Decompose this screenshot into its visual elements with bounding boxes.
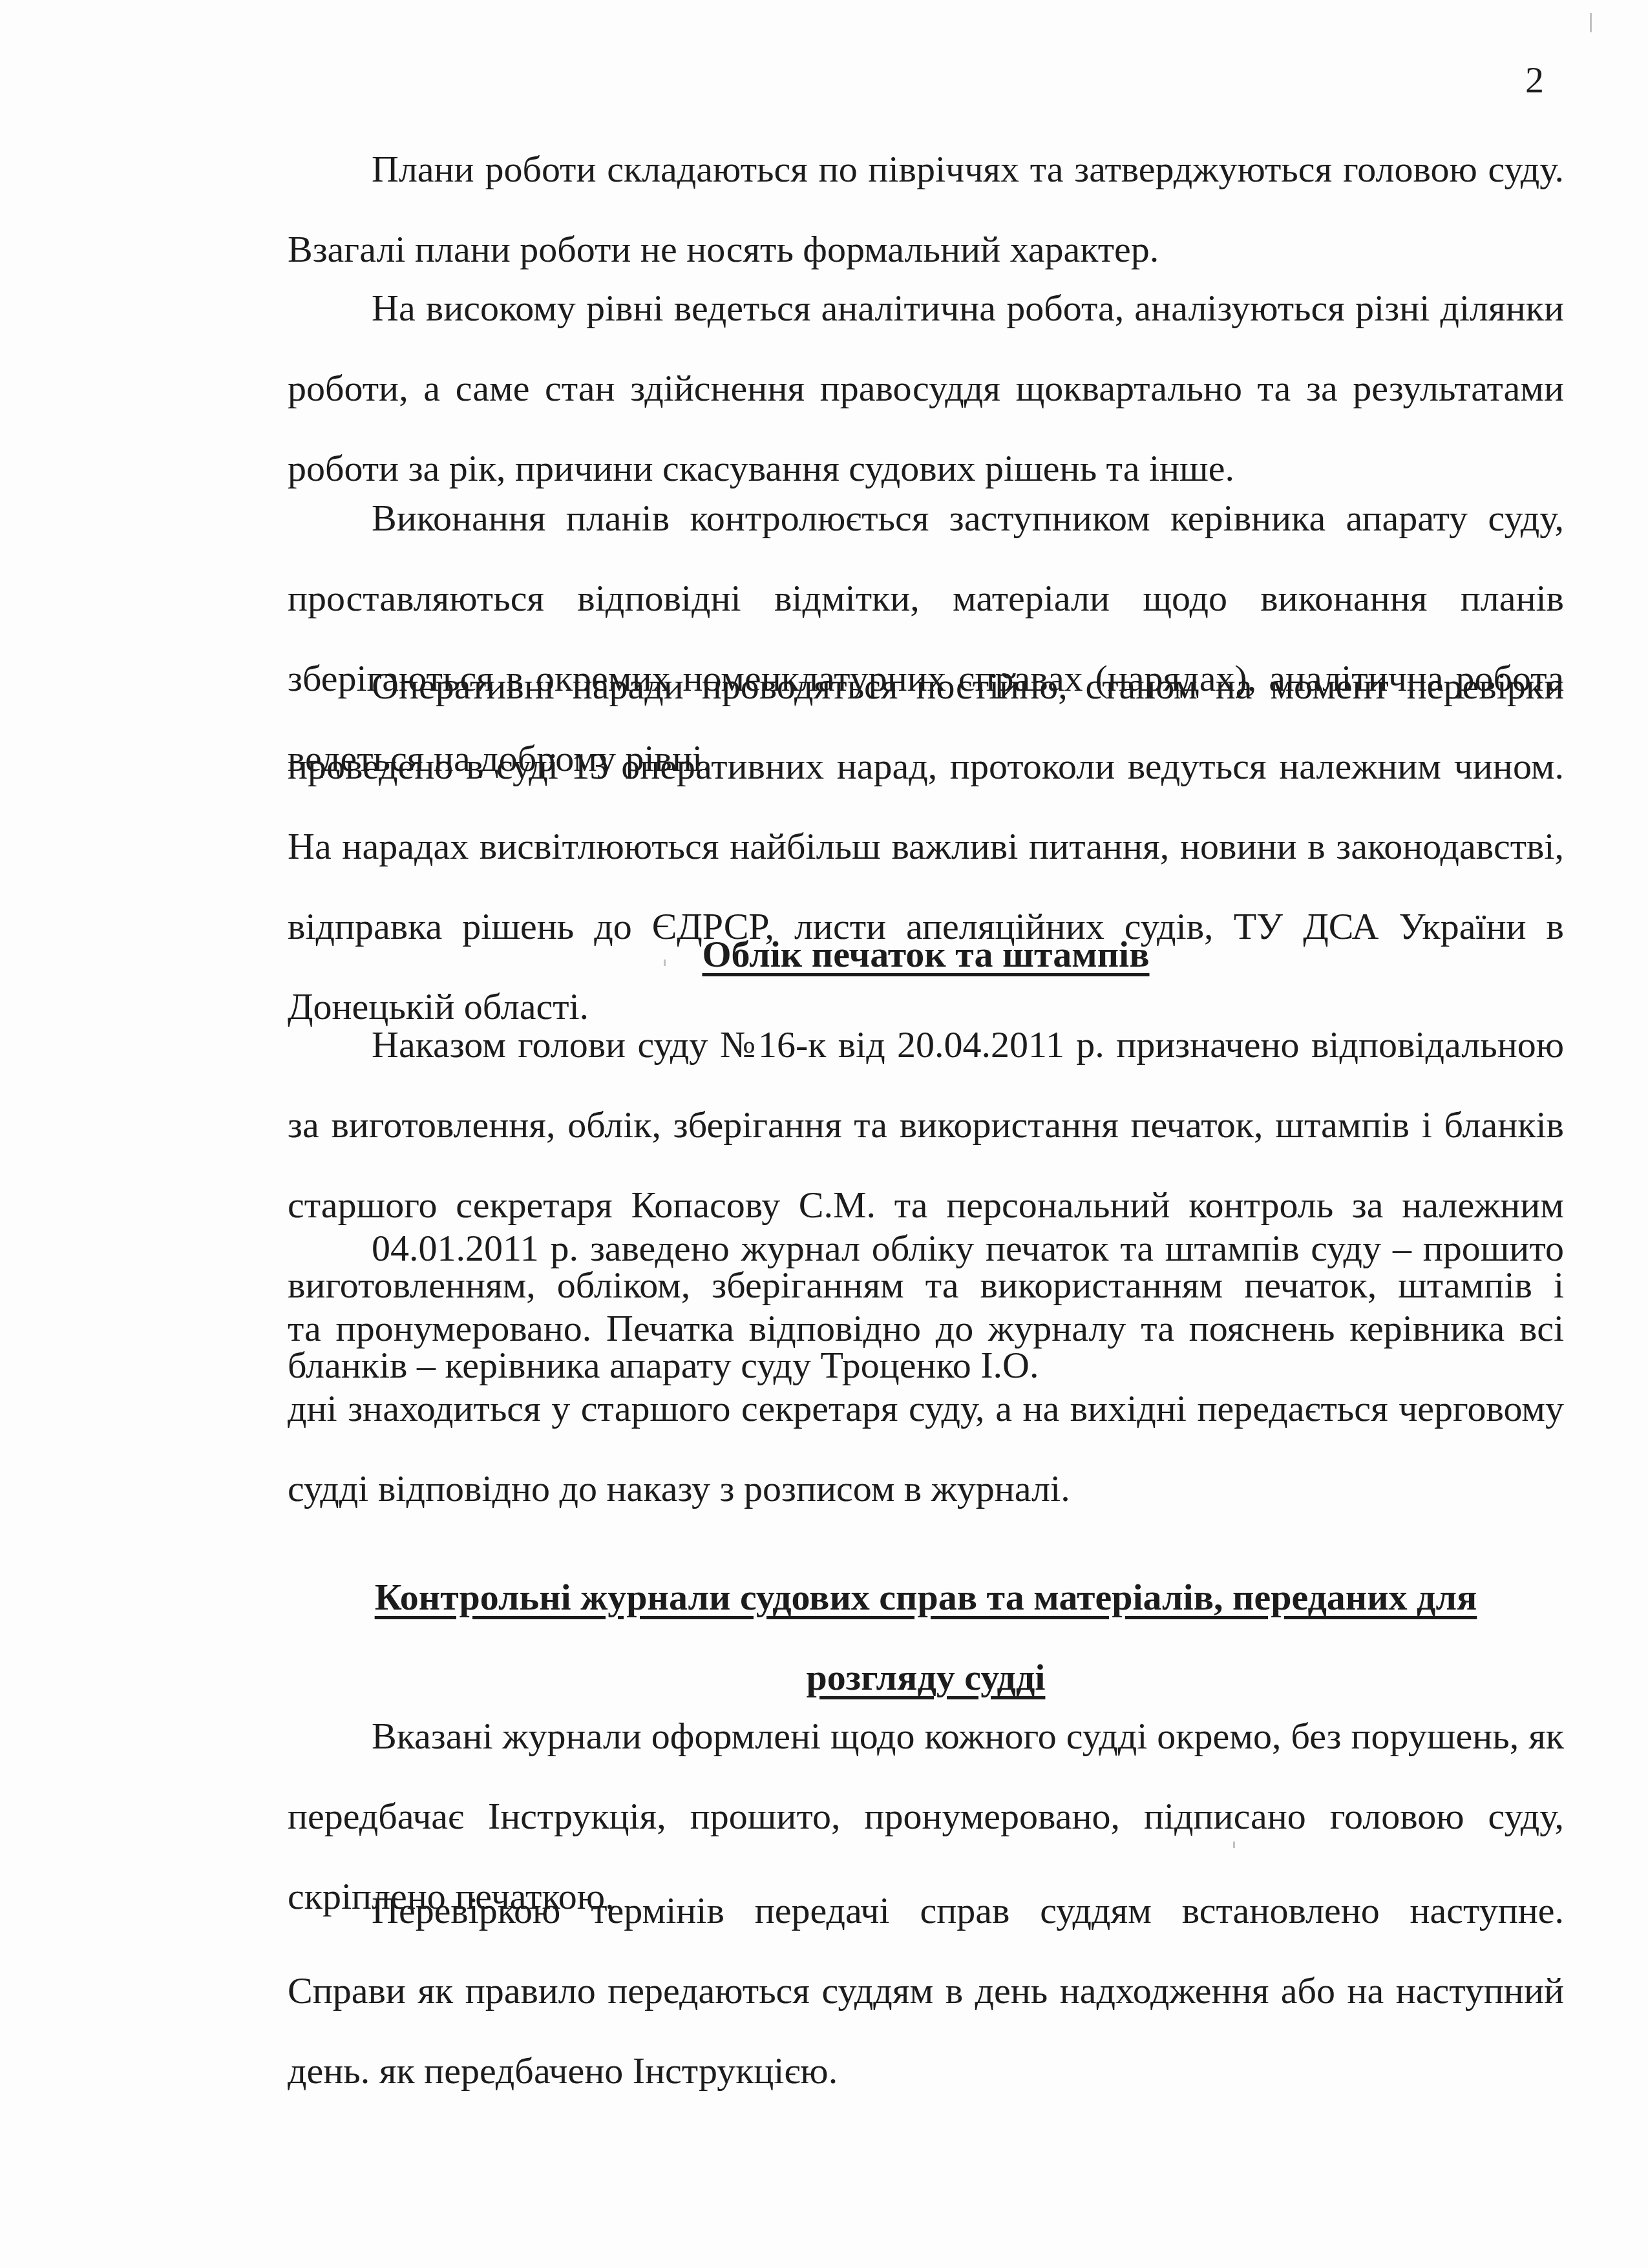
section-heading-seals: Облік печаток та штампів — [288, 914, 1564, 994]
section-heading-journals: Контрольні журнали судових справ та мате… — [288, 1557, 1564, 1717]
heading-text-line1: Контрольні журнали судових справ та мате… — [375, 1576, 1477, 1618]
paragraph-transfer-terms: Перевіркою термінів передачі справ суддя… — [288, 1871, 1564, 2111]
paragraph-text: Перевіркою термінів передачі справ суддя… — [288, 1871, 1564, 2111]
paragraph-plans: Плани роботи складаються по півріччях та… — [288, 129, 1564, 289]
paragraph-journal: 04.01.2011 р. заведено журнал обліку печ… — [288, 1208, 1564, 1529]
scan-speck — [1590, 13, 1592, 32]
paragraph-text: Плани роботи складаються по півріччях та… — [288, 129, 1564, 289]
paragraph-text: 04.01.2011 р. заведено журнал обліку печ… — [288, 1208, 1564, 1529]
paragraph-analytics: На високому рівні ведеться аналітична ро… — [288, 268, 1564, 509]
page-number: 2 — [1525, 61, 1544, 99]
scan-speck — [664, 960, 666, 966]
heading-text-line2: розгляду судді — [807, 1656, 1046, 1698]
scan-speck — [1233, 1842, 1235, 1848]
paragraph-text: На високому рівні ведеться аналітична ро… — [288, 268, 1564, 509]
heading-text: Облік печаток та штампів — [702, 933, 1149, 975]
document-page: 2 Плани роботи складаються по півріччях … — [0, 0, 1648, 2268]
